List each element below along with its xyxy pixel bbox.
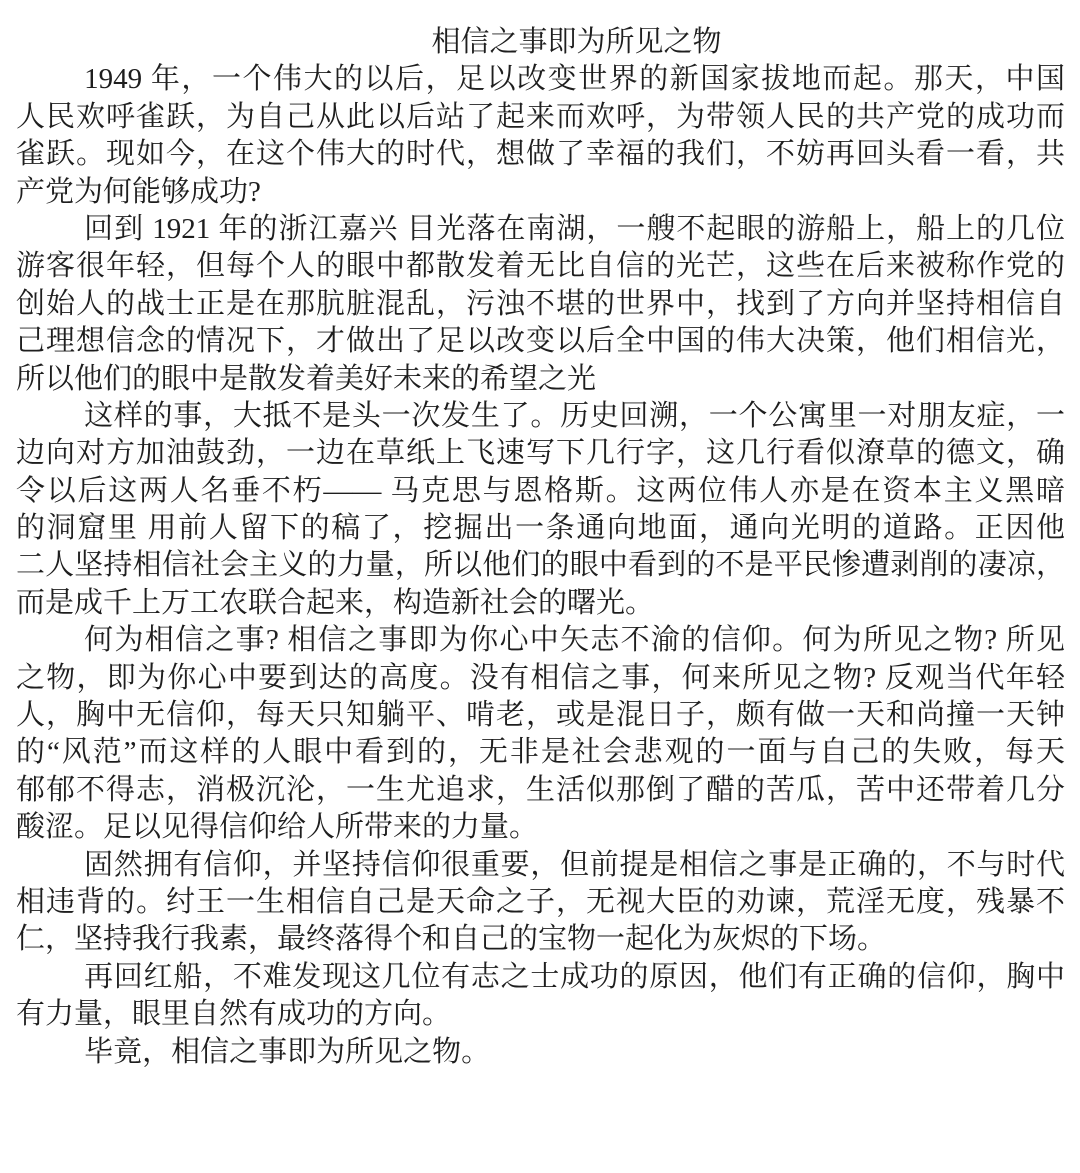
text-line: 的“风范”而这样的人眼中看到的，无非是社会悲观的一面与自己的失败，每天 — [16, 734, 1065, 771]
text-line: 的洞窟里 用前人留下的稿了，挖掘出一条通向地面，通向光明的道路。正因他 — [16, 510, 1065, 547]
text-line: 己理想信念的情况下，才做出了足以改变以后全中国的伟大决策，他们相信光， — [16, 323, 1065, 360]
text-line: 仁，坚持我行我素，最终落得个和自己的宝物一起化为灰烬的下场。 — [16, 921, 1065, 958]
text-line: 这样的事，大抵不是头一次发生了。历史回溯，一个公寓里一对朋友症，一 — [16, 398, 1065, 435]
text-line: 再回红船，不难发现这几位有志之士成功的原因，他们有正确的信仰，胸中 — [16, 959, 1065, 996]
text-line: 而是成千上万工农联合起来，构造新社会的曙光。 — [16, 585, 1065, 622]
text-line: 1949 年，一个伟大的以后，足以改变世界的新国家拔地而起。那天，中国 — [16, 61, 1065, 98]
text-line: 有力量，眼里自然有成功的方向。 — [16, 996, 1065, 1033]
text-line: 令以后这两人名垂不朽—— 马克思与恩格斯。这两位伟人亦是在资本主义黑暗 — [16, 473, 1065, 510]
text-line: 酸涩。足以见得信仰给人所带来的力量。 — [16, 809, 1065, 846]
text-line: 相违背的。纣王一生相信自己是天命之子，无视大臣的劝谏，荒淫无度，残暴不 — [16, 884, 1065, 921]
text-line: 郁郁不得志，消极沉沦，一生尤追求，生活似那倒了醋的苦瓜，苦中还带着几分 — [16, 772, 1065, 809]
text-line: 创始人的战士正是在那肮脏混乱，污浊不堪的世界中，找到了方向并坚持相信自 — [16, 286, 1065, 323]
scanned-document-page: 相信之事即为所见之物 1949 年，一个伟大的以后，足以改变世界的新国家拔地而起… — [0, 0, 1080, 1173]
essay-body: 相信之事即为所见之物 1949 年，一个伟大的以后，足以改变世界的新国家拔地而起… — [16, 24, 1065, 1071]
text-line: 毕竟，相信之事即为所见之物。 — [16, 1034, 1065, 1071]
text-line: 人，胸中无信仰，每天只知躺平、啃老，或是混日子，颇有做一天和尚撞一天钟 — [16, 697, 1065, 734]
text-line: 之物，即为你心中要到达的高度。没有相信之事，何来所见之物? 反观当代年轻 — [16, 660, 1065, 697]
text-line: 游客很年轻，但每个人的眼中都散发着无比自信的光芒，这些在后来被称作党的 — [16, 248, 1065, 285]
text-line: 产党为何能够成功? — [16, 174, 1065, 211]
text-line: 人民欢呼雀跃，为自己从此以后站了起来而欢呼，为带领人民的共产党的成功而 — [16, 99, 1065, 136]
text-line: 雀跃。现如今，在这个伟大的时代，想做了幸福的我们，不妨再回头看一看，共 — [16, 136, 1065, 173]
text-line: 何为相信之事? 相信之事即为你心中矢志不渝的信仰。何为所见之物? 所见 — [16, 622, 1065, 659]
text-line: 所以他们的眼中是散发着美好未来的希望之光 — [16, 361, 1065, 398]
text-line: 二人坚持相信社会主义的力量，所以他们的眼中看到的不是平民惨遭剥削的凄凉， — [16, 547, 1065, 584]
text-line: 固然拥有信仰，并坚持信仰很重要，但前提是相信之事是正确的，不与时代 — [16, 847, 1065, 884]
text-line: 回到 1921 年的浙江嘉兴 目光落在南湖，一艘不起眼的游船上，船上的几位 — [16, 211, 1065, 248]
essay-title: 相信之事即为所见之物 — [16, 24, 1065, 61]
text-line: 边向对方加油鼓劲，一边在草纸上飞速写下几行字，这几行看似潦草的德文，确 — [16, 435, 1065, 472]
